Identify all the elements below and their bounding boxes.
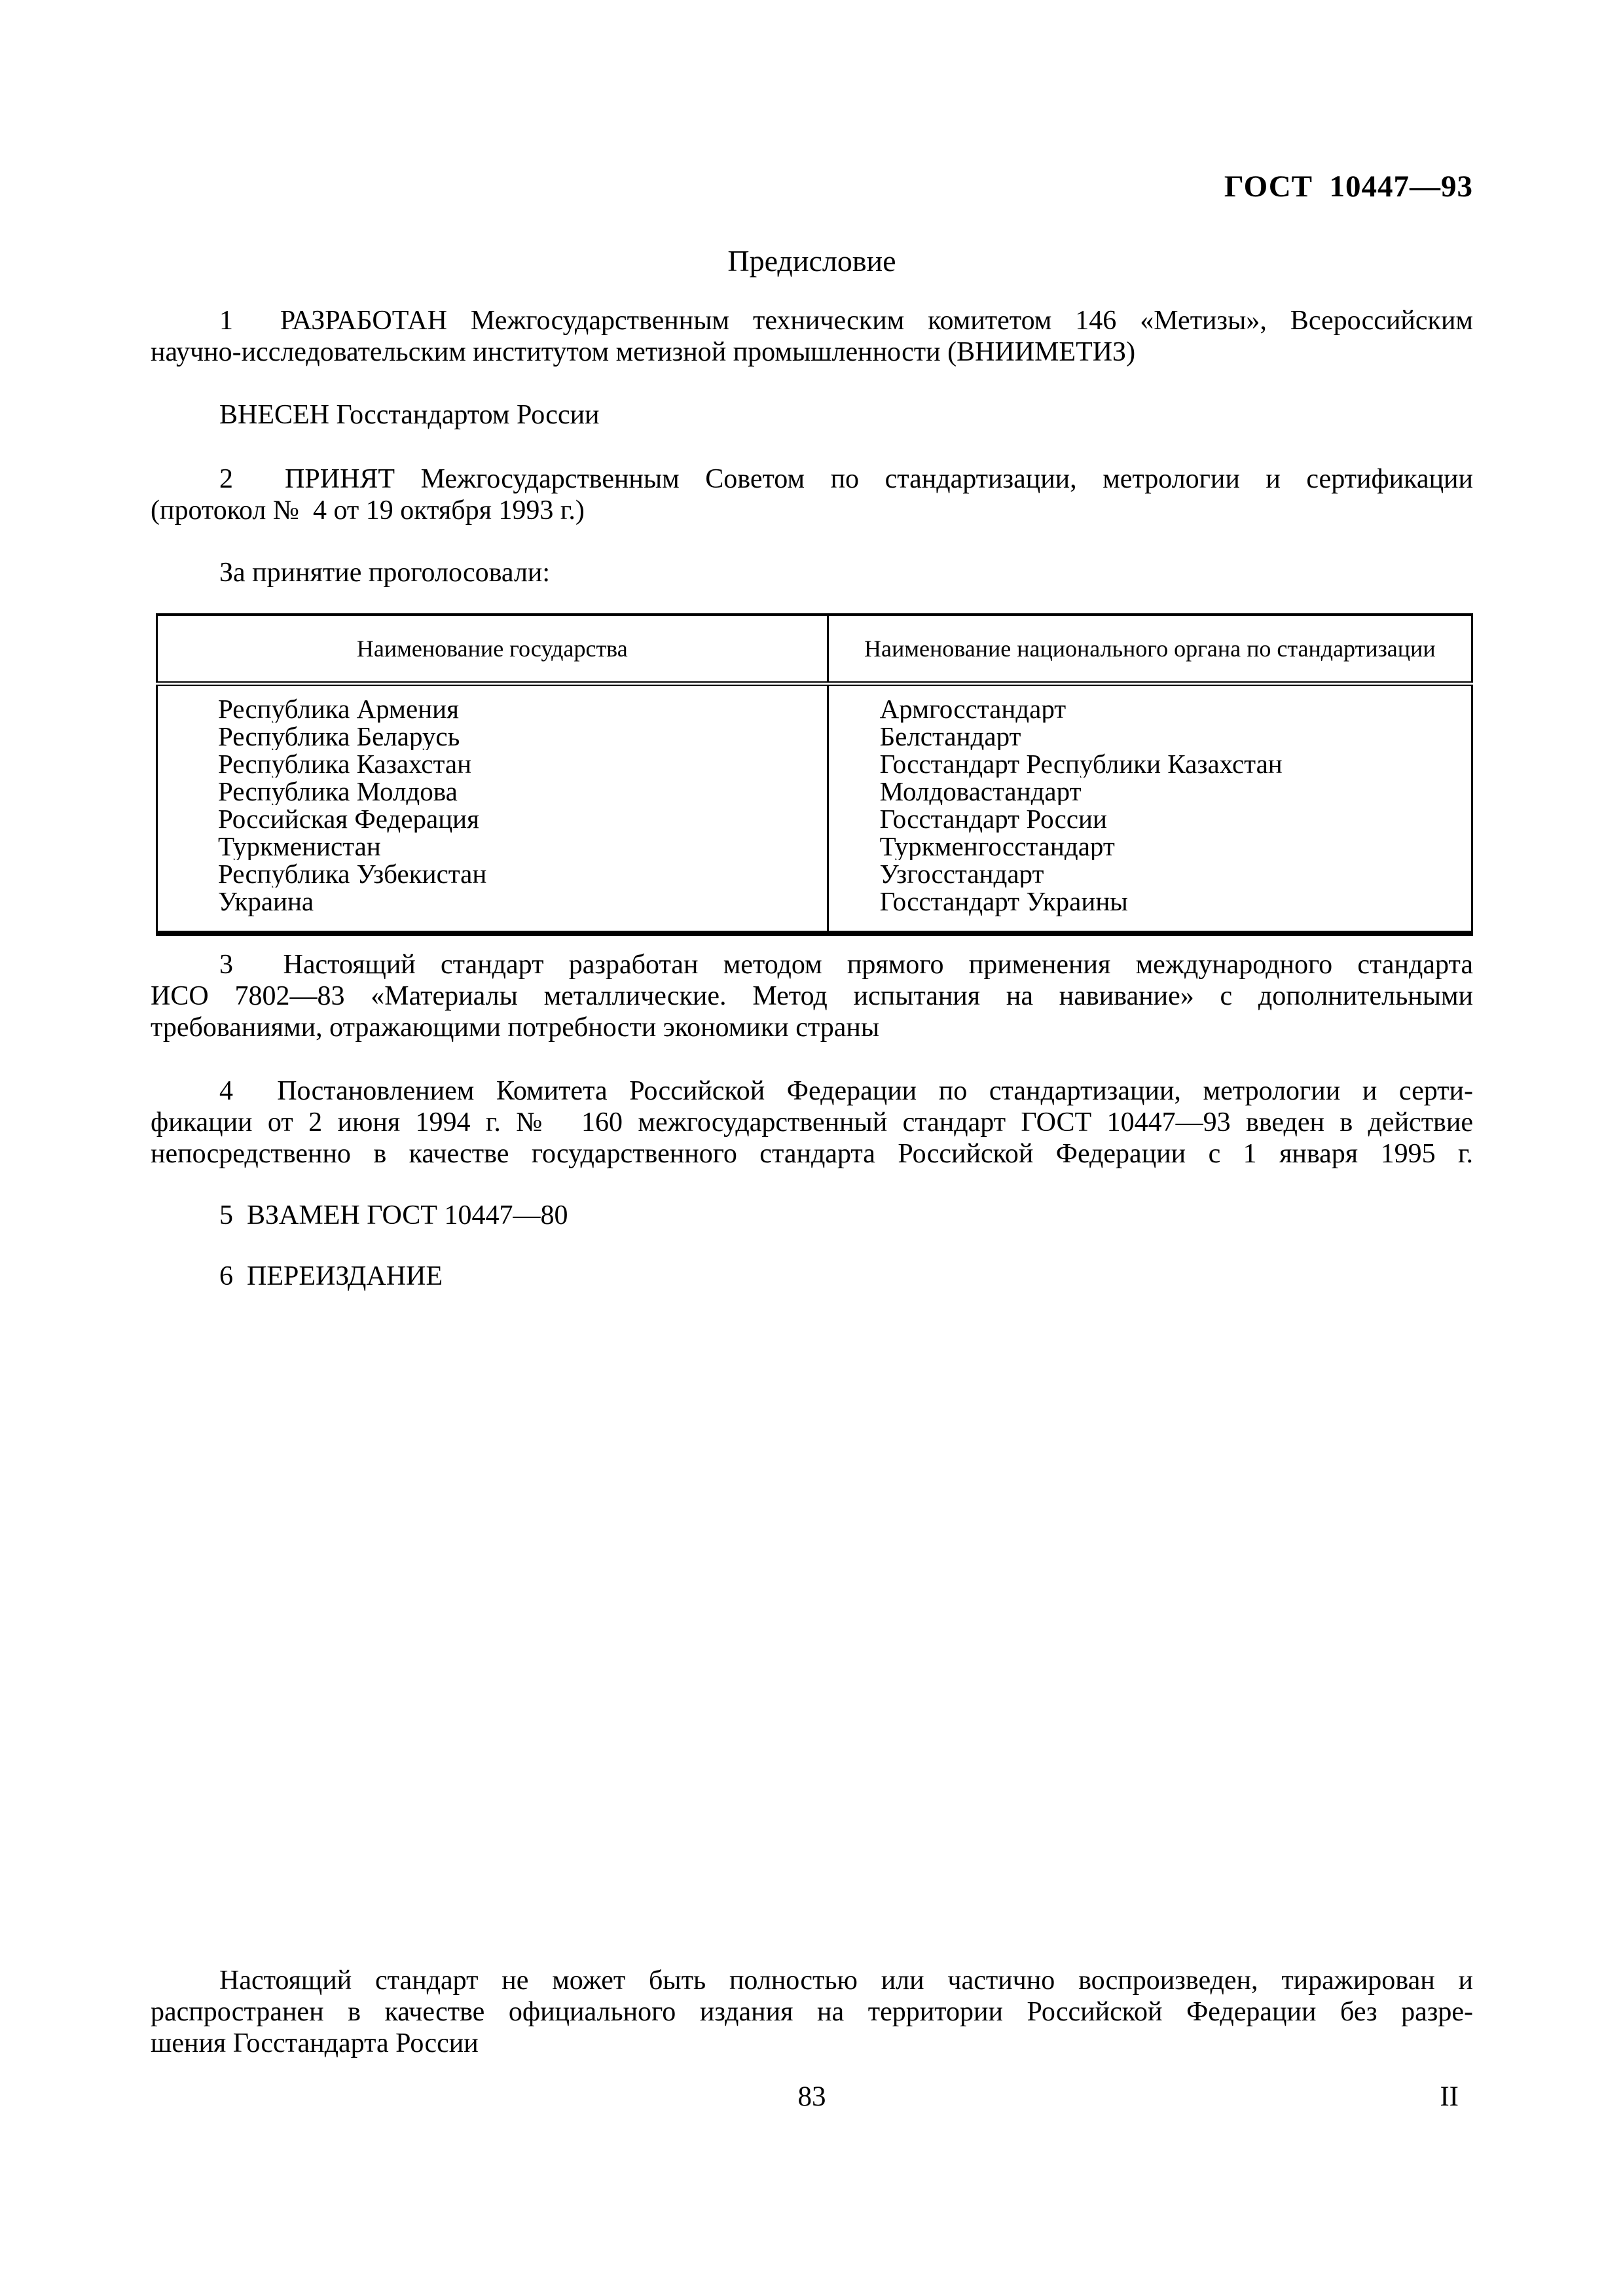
table-row: Республика Армения Армгосстандарт [157, 684, 1472, 723]
org-cell: Армгосстандарт [828, 684, 1472, 723]
state-cell: Российская Федерация [157, 805, 828, 833]
state-cell: Украина [157, 888, 828, 933]
document-page: ГОСТ 10447—93 Предисловие 1 РАЗРАБОТАН М… [0, 0, 1623, 2296]
org-cell: Госстандарт Республики Казахстан [828, 750, 1472, 778]
org-cell: Узгосстандарт [828, 860, 1472, 888]
paragraph-2-adopted: 2 ПРИНЯТ Межгосударственным Советом по с… [151, 463, 1473, 526]
paragraph-4-enacted: 4 Постановлением Комитета Российской Фед… [151, 1075, 1473, 1170]
table-header-state: Наименование государства [157, 615, 828, 684]
state-cell: Республика Армения [157, 684, 828, 723]
paragraph-line: ВНЕСЕН Госстандартом России [151, 399, 1473, 431]
page-number: 83 [151, 2081, 1473, 2113]
paragraph-5-replaces: 5 ВЗАМЕН ГОСТ 10447—80 [151, 1200, 1473, 1231]
table-header-body: Наименование национального органа по ста… [828, 615, 1472, 684]
org-cell: Госстандарт России [828, 805, 1472, 833]
paragraph-line: Настоящий стандарт не может быть полност… [151, 1965, 1473, 1996]
table-row: Республика Беларусь Белстандарт [157, 723, 1472, 750]
table-row: Туркменистан Туркменгосстандарт [157, 833, 1472, 860]
paragraph-line: шения Госстандарта России [151, 2028, 1473, 2059]
state-cell: Республика Узбекистан [157, 860, 828, 888]
paragraph-3-iso: 3 Настоящий стандарт разработан методом … [151, 949, 1473, 1043]
copyright-notice: Настоящий стандарт не может быть полност… [151, 1965, 1473, 2059]
paragraph-line: требованиями, отражающими потребности эк… [151, 1012, 1473, 1043]
state-cell: Республика Казахстан [157, 750, 828, 778]
table-row: Украина Госстандарт Украины [157, 888, 1472, 933]
table-row: Республика Молдова Молдовастандарт [157, 778, 1472, 805]
page-content: ГОСТ 10447—93 Предисловие 1 РАЗРАБОТАН М… [151, 0, 1473, 2296]
org-cell: Молдовастандарт [828, 778, 1472, 805]
paragraph-line: (протокол № 4 от 19 октября 1993 г.) [151, 495, 1473, 526]
vote-table-header: Наименование государства Наименование на… [157, 615, 1472, 684]
paragraph-line: 3 Настоящий стандарт разработан методом … [151, 949, 1473, 980]
org-cell: Белстандарт [828, 723, 1472, 750]
paragraph-line: фикации от 2 июня 1994 г. № 160 межгосуд… [151, 1107, 1473, 1138]
paragraph-line: 5 ВЗАМЕН ГОСТ 10447—80 [151, 1200, 1473, 1231]
table-row: Республика Узбекистан Узгосстандарт [157, 860, 1472, 888]
paragraph-6-reissue: 6 ПЕРЕИЗДАНИЕ [151, 1261, 1473, 1292]
table-row: Российская Федерация Госстандарт России [157, 805, 1472, 833]
state-cell: Туркменистан [157, 833, 828, 860]
paragraph-submitted: ВНЕСЕН Госстандартом России [151, 399, 1473, 431]
paragraph-line: 6 ПЕРЕИЗДАНИЕ [151, 1261, 1473, 1292]
org-cell: Госстандарт Украины [828, 888, 1472, 933]
paragraph-line: 1 РАЗРАБОТАН Межгосударственным техничес… [151, 305, 1473, 336]
paragraph-1-developed: 1 РАЗРАБОТАН Межгосударственным техничес… [151, 305, 1473, 368]
paragraph-line: непосредственно в качестве государственн… [151, 1138, 1473, 1170]
paragraph-line: научно-исследовательским институтом мети… [151, 336, 1473, 368]
table-header-row: Наименование государства Наименование на… [157, 615, 1472, 684]
state-cell: Республика Беларусь [157, 723, 828, 750]
page-title: Предисловие [151, 243, 1473, 279]
org-cell: Туркменгосстандарт [828, 833, 1472, 860]
paragraph-line: 4 Постановлением Комитета Российской Фед… [151, 1075, 1473, 1107]
sheet-number: II [1440, 2081, 1459, 2113]
paragraph-line: ИСО 7802—83 «Материалы металлические. Ме… [151, 980, 1473, 1012]
state-cell: Республика Молдова [157, 778, 828, 805]
paragraph-line: распространен в качестве официального из… [151, 1996, 1473, 2028]
doc-number: ГОСТ 10447—93 [151, 169, 1473, 204]
paragraph-line: За принятие проголосовали: [151, 557, 1473, 588]
vote-table: Наименование государства Наименование на… [156, 613, 1473, 936]
vote-intro-label: За принятие проголосовали: [151, 557, 1473, 588]
paragraph-line: 2 ПРИНЯТ Межгосударственным Советом по с… [151, 463, 1473, 495]
table-row: Республика Казахстан Госстандарт Республ… [157, 750, 1472, 778]
vote-table-body: Республика Армения Армгосстандарт Респуб… [157, 684, 1472, 934]
